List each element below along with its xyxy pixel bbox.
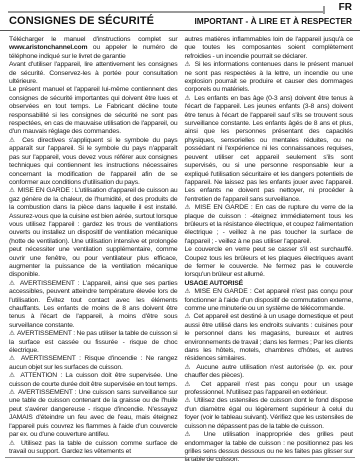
paragraph: Avant d'utiliser l'appareil, lire attent… bbox=[9, 61, 178, 86]
paragraph-text: Ces directives s'appliquent si le symbol… bbox=[9, 137, 178, 186]
title-row: CONSIGNES DE SÉCURITÉ IMPORTANT - À LIRE… bbox=[9, 15, 352, 27]
paragraph: ⚠ AVERTISSEMENT : L'appareil, ainsi que … bbox=[9, 280, 178, 330]
paragraph: ⚠ ATTENTION : La cuisson doit être super… bbox=[9, 372, 178, 389]
paragraph: ⚠ MISE EN GARDE : L'utilisation d'appare… bbox=[9, 187, 178, 279]
paragraph-text: Cet appareil n'est pas conçu pour un usa… bbox=[185, 381, 354, 396]
paragraph: ⚠ AVERTISSEMENT : Une cuisson sans surve… bbox=[9, 389, 178, 439]
title-underline bbox=[0, 30, 360, 31]
paragraph-text: Avant d'utiliser l'appareil, lire attent… bbox=[9, 61, 178, 85]
warning-icon: ⚠ bbox=[185, 95, 192, 102]
warning-icon: ⚠ bbox=[185, 364, 193, 371]
column-right: autres matières inflammables loin de l'a… bbox=[185, 36, 354, 454]
paragraph-text: AVERTISSEMENT : L'appareil, ainsi que se… bbox=[9, 280, 178, 329]
column-left: Télécharger le manuel d'instructions com… bbox=[9, 36, 178, 454]
paragraph-text: Télécharger le manuel d'instructions com… bbox=[9, 36, 178, 43]
paragraph-text: Cet appareil est destiné à un usage dome… bbox=[185, 313, 354, 362]
paragraph-text: Utilisez des ustensiles de cuisson dont … bbox=[185, 397, 354, 429]
warning-icon: ⚠ bbox=[185, 381, 195, 388]
warning-icon: ⚠ bbox=[185, 397, 191, 404]
paragraph: ⚠ Une utilisation inappropriée des grill… bbox=[185, 431, 354, 465]
paragraph-text: AVERTISSEMENT : Risque d'incendie : Ne r… bbox=[9, 355, 178, 370]
paragraph-text: Une utilisation inappropriée des grilles… bbox=[185, 431, 354, 463]
paragraph: ⚠ Utilisez des ustensiles de cuisson don… bbox=[185, 397, 354, 431]
paragraph: ⚠ AVERTISSEMENT : Ne pas utiliser la tab… bbox=[9, 330, 178, 355]
paragraph-text: Les enfants en bas âge (0-3 ans) doivent… bbox=[185, 95, 354, 203]
paragraph: ⚠ Utilisez pas la table de cuisson comme… bbox=[9, 440, 178, 457]
paragraph: ⚠ Cet appareil n'est pas conçu pour un u… bbox=[185, 381, 354, 398]
paragraph-text: Aucune autre utilisation n'est autorisée… bbox=[185, 364, 354, 379]
paragraph: autres matières inflammables loin de l'a… bbox=[185, 36, 354, 61]
warning-icon: ⚠ bbox=[9, 389, 15, 396]
paragraph: ⚠ MISE EN GARDE : Cet appareil n'est pas… bbox=[185, 288, 354, 313]
paragraph-text: USAGE AUTORISÉ bbox=[185, 280, 244, 287]
warning-icon: ⚠ bbox=[185, 431, 196, 438]
warning-icon: ⚠ bbox=[185, 61, 192, 68]
paragraph: Le couvercle en verre peut se casser s'i… bbox=[185, 246, 354, 280]
warning-icon: ⚠ bbox=[9, 372, 17, 379]
paragraph-text: MISE EN GARDE : L'utilisation d'appareil… bbox=[9, 187, 178, 278]
warning-icon: ⚠ bbox=[9, 355, 17, 362]
paragraph: ⚠ Si les informations contenues dans le … bbox=[185, 61, 354, 95]
text-columns: Télécharger le manuel d'instructions com… bbox=[9, 36, 353, 454]
manual-page: { "page": { "lang_code": "FR", "title_le… bbox=[0, 0, 360, 466]
warning-icon: ⚠ bbox=[185, 204, 192, 211]
header-rule-tick bbox=[323, 6, 325, 14]
paragraph-text: MISE EN GARDE : En cas de rupture du ver… bbox=[185, 204, 354, 245]
paragraph-text: AVERTISSEMENT : Une cuisson sans surveil… bbox=[9, 389, 178, 438]
page-title: CONSIGNES DE SÉCURITÉ bbox=[9, 15, 154, 27]
paragraph: Télécharger le manuel d'instructions com… bbox=[9, 36, 178, 61]
paragraph-text: Le couvercle en verre peut se casser s'i… bbox=[185, 246, 354, 278]
page-subtitle: IMPORTANT - À LIRE ET À RESPECTER bbox=[195, 16, 353, 27]
warning-icon: ⚠ bbox=[185, 288, 192, 295]
paragraph: ⚠ Ces directives s'appliquent si le symb… bbox=[9, 137, 178, 187]
paragraph: ⚠ Cet appareil est destiné à un usage do… bbox=[185, 313, 354, 363]
paragraph: Le présent manuel et l'appareil lui-même… bbox=[9, 86, 178, 136]
paragraph: ⚠ Les enfants en bas âge (0-3 ans) doive… bbox=[185, 95, 354, 204]
language-code: FR bbox=[339, 2, 352, 13]
header-rule bbox=[8, 11, 325, 13]
paragraph-text: AVERTISSEMENT : Ne pas utiliser la table… bbox=[9, 330, 178, 354]
warning-icon: ⚠ bbox=[9, 137, 17, 144]
warning-icon: ⚠ bbox=[9, 330, 15, 337]
paragraph-text: Si les informations contenues dans le pr… bbox=[185, 61, 354, 93]
footer-rule bbox=[5, 457, 355, 458]
paragraph-text: MISE EN GARDE : Cet appareil n'est pas c… bbox=[185, 288, 354, 312]
paragraph-text: Le présent manuel et l'appareil lui-même… bbox=[9, 86, 178, 135]
paragraph: ⚠ AVERTISSEMENT : Risque d'incendie : Ne… bbox=[9, 355, 178, 372]
paragraph-text: autres matières inflammables loin de l'a… bbox=[185, 36, 354, 60]
warning-icon: ⚠ bbox=[9, 440, 17, 447]
paragraph: ⚠ Aucune autre utilisation n'est autoris… bbox=[185, 364, 354, 381]
paragraph-text: ATTENTION : La cuisson doit être supervi… bbox=[9, 372, 178, 387]
warning-icon: ⚠ bbox=[185, 313, 191, 320]
paragraph: ⚠ MISE EN GARDE : En cas de rupture du v… bbox=[185, 204, 354, 246]
warning-icon: ⚠ bbox=[9, 187, 15, 194]
paragraph-text: www.aristonchannel.com bbox=[9, 44, 87, 51]
warning-icon: ⚠ bbox=[9, 280, 16, 287]
section-heading: USAGE AUTORISÉ bbox=[185, 280, 354, 288]
paragraph-text: Utilisez pas la table de cuisson comme s… bbox=[9, 440, 178, 455]
